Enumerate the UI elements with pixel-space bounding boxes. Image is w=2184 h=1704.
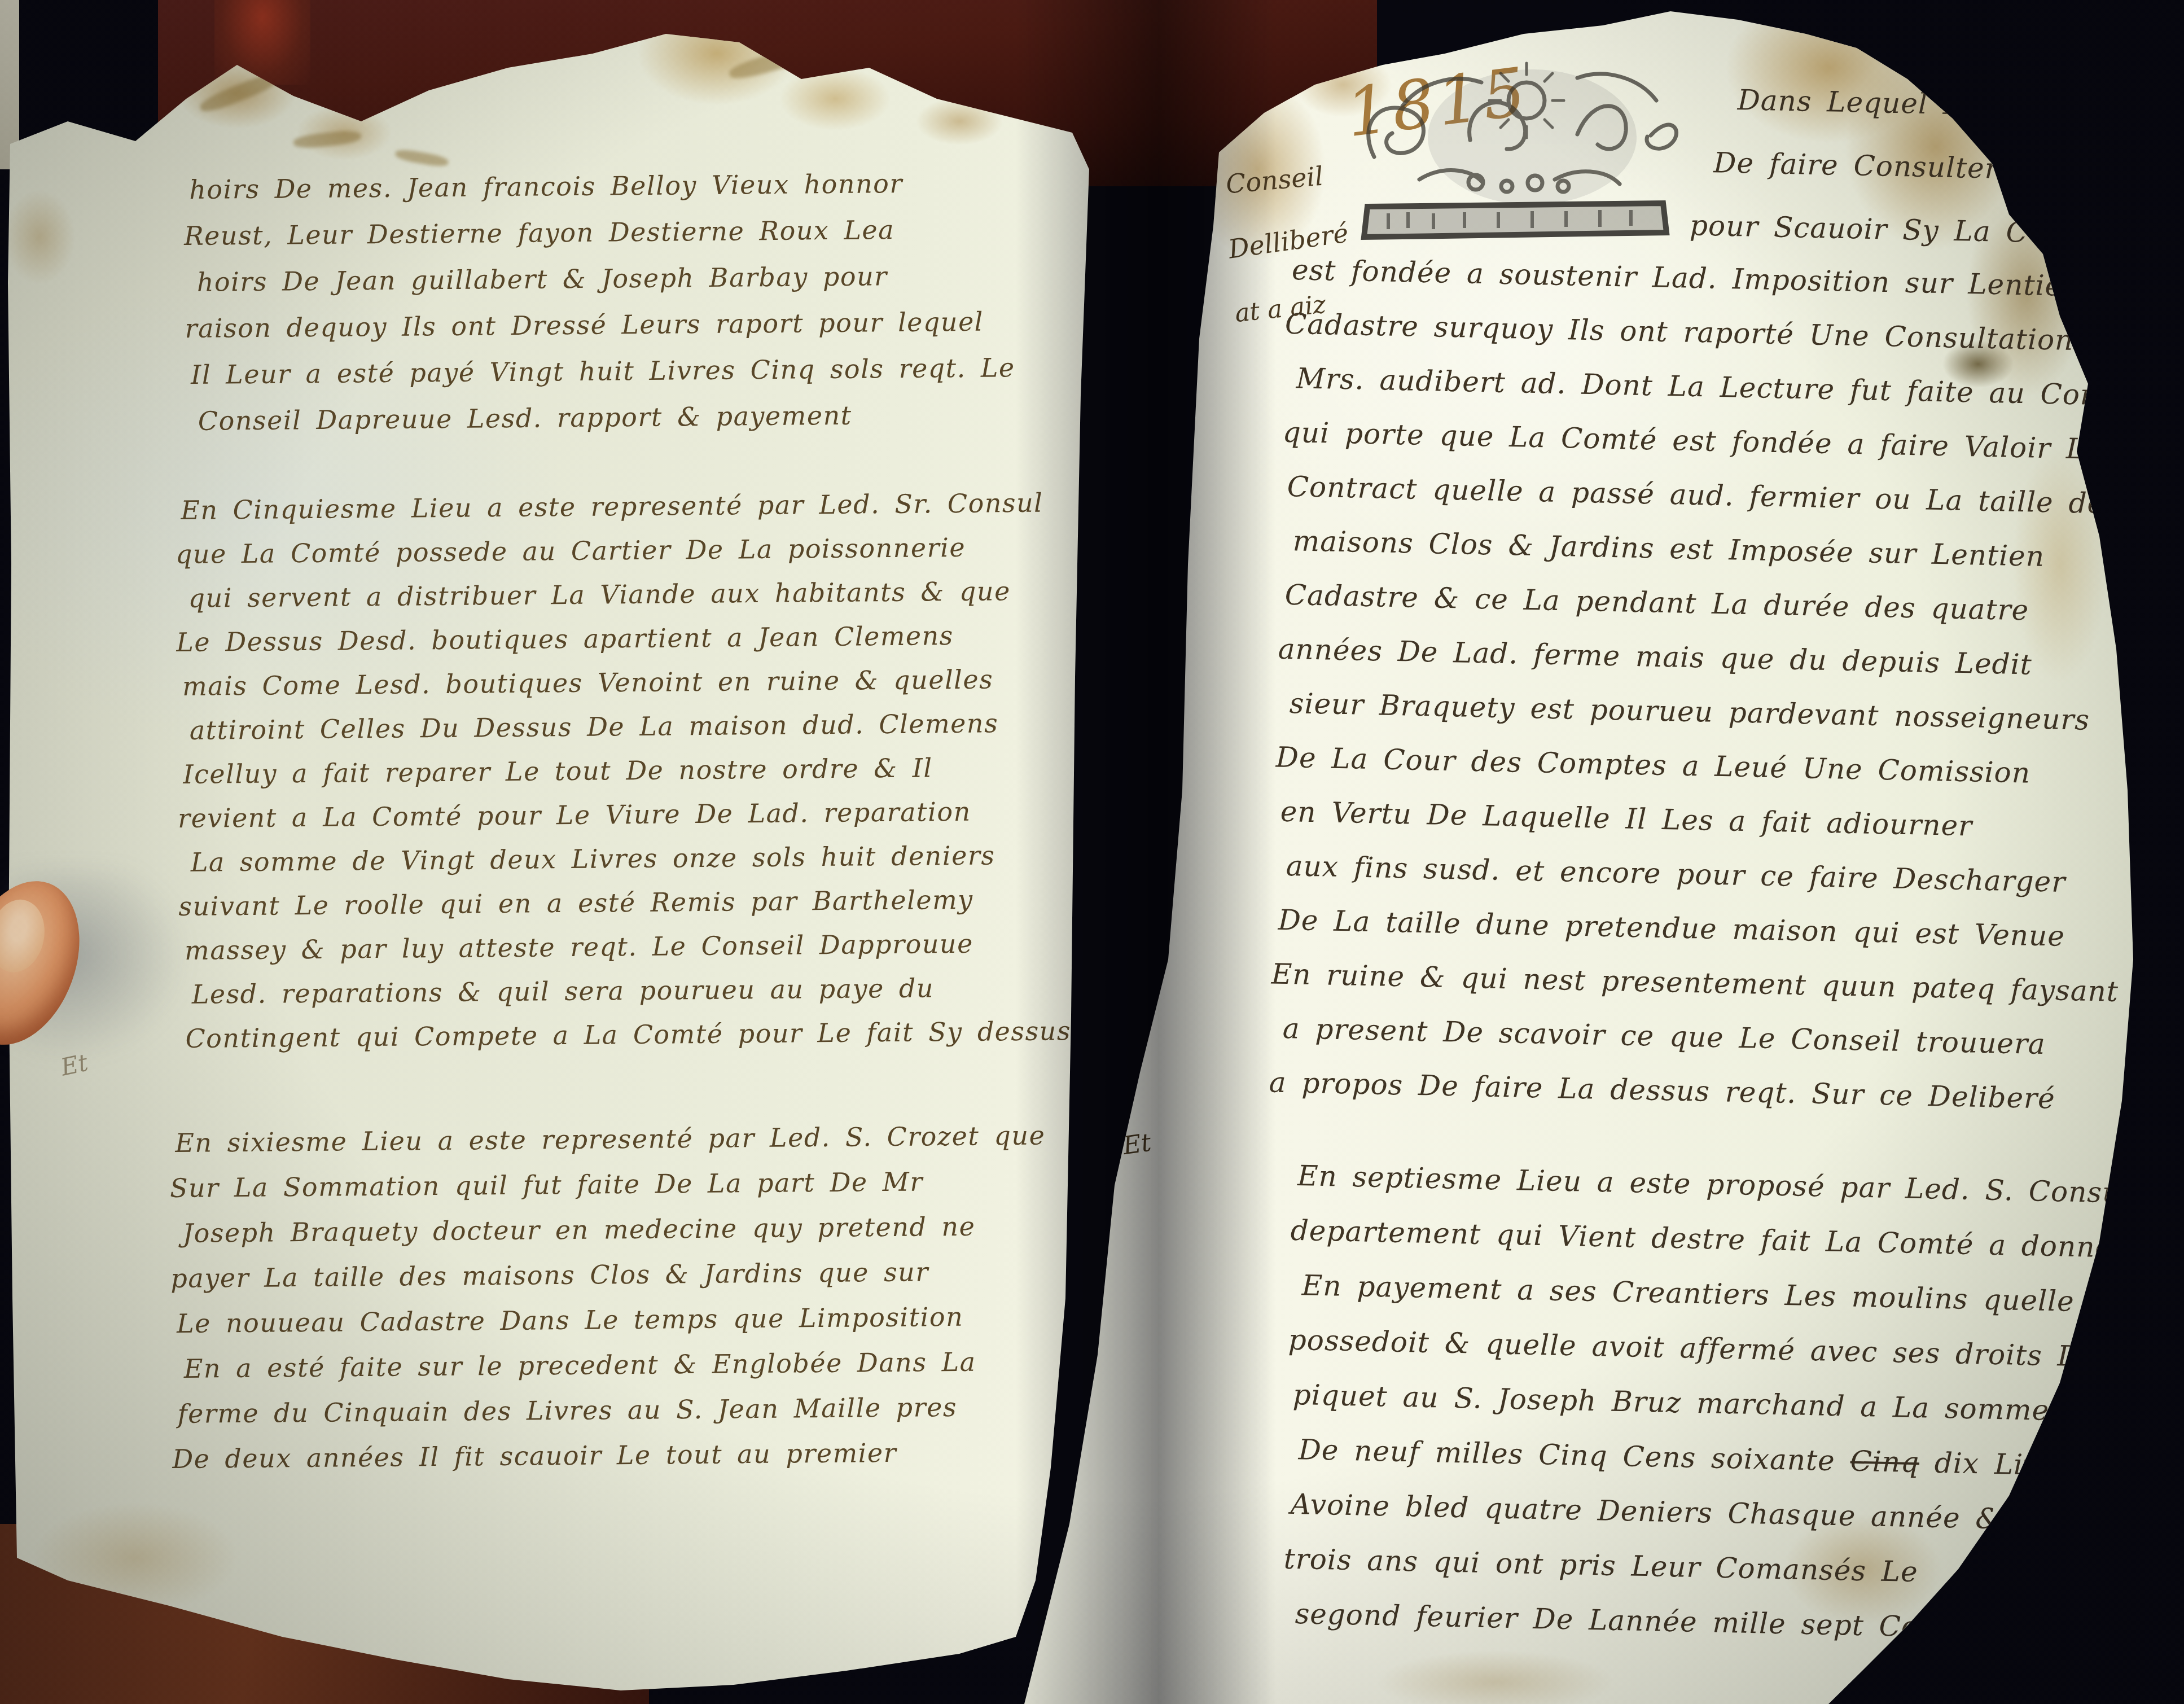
manuscript-line: La somme de Vingt deux Livres onze sols … bbox=[190, 833, 1076, 884]
manuscript-line: que La Comté possede au Cartier De La po… bbox=[176, 524, 1062, 576]
right-opening-lines: Dans Lequel Il fut De faire Consulter Sn… bbox=[1706, 68, 2077, 265]
line-segment: dix Livres bbox=[1919, 1446, 2086, 1482]
manuscript-line: qui servent a distribuer La Viande aux h… bbox=[188, 568, 1074, 620]
manuscript-line: hoirs De mes. Jean francois Belloy Vieux… bbox=[189, 159, 1014, 213]
manuscript-line: Reust, Leur Destierne fayon Destierne Ro… bbox=[184, 205, 1008, 259]
margin-note-et-right: Et bbox=[1121, 1128, 1153, 1160]
manuscript-line: En Cinquiesme Lieu a este representé par… bbox=[181, 480, 1067, 532]
manuscript-line: Lesd. reparations & quil sera pourueu au… bbox=[191, 965, 1077, 1017]
struck-word: Cinq bbox=[1850, 1445, 1920, 1479]
manuscript-line: ferme du Cinquain des Livres au S. Jean … bbox=[177, 1384, 1048, 1436]
manuscript-line: segond feurier De Lannée mille sept Cens… bbox=[1295, 1587, 2184, 1661]
manuscript-line: attiroint Celles Du Dessus De La maison … bbox=[189, 700, 1075, 752]
line-segment: De neuf milles Cinq Cens soixante bbox=[1298, 1433, 1850, 1477]
manuscript-line: revient a La Comté pour Le Viure De Lad.… bbox=[178, 789, 1064, 840]
manuscript-line: En sixiesme Lieu a este representé par L… bbox=[175, 1113, 1046, 1166]
margin-note-conseil: Conseil bbox=[1225, 161, 1325, 200]
fingernail bbox=[0, 895, 51, 978]
right-paragraph-1: est fondée a soustenir Lad. Imposition s… bbox=[1274, 243, 2152, 1128]
left-paragraph-2: En Cinquiesme Lieu a este representé par… bbox=[181, 480, 1071, 1061]
manuscript-line: Dans Lequel Il fut bbox=[1737, 68, 2106, 139]
manuscript-photo: hoirs De mes. Jean francois Belloy Vieux… bbox=[0, 0, 2184, 1704]
manuscript-line: Le nouueau Cadastre Dans Le temps que Li… bbox=[177, 1294, 1047, 1346]
manuscript-line: hoirs De Jean guillabert & Joseph Barbay… bbox=[196, 252, 1021, 305]
manuscript-line: raison dequoy Ils ont Dressé Leurs rapor… bbox=[185, 298, 1009, 352]
manuscript-line: Le Dessus Desd. boutiques apartient a Je… bbox=[176, 612, 1062, 664]
manuscript-line: suivant Le roolle qui en a esté Remis pa… bbox=[178, 877, 1064, 928]
ornamental-stamp-icon bbox=[1335, 38, 1707, 259]
manuscript-line: Il Leur a esté payé Vingt huit Livres Ci… bbox=[191, 344, 1015, 398]
manuscript-line: Contingent qui Compete a La Comté pour L… bbox=[185, 1009, 1071, 1061]
manuscript-line: Sur La Sommation quil fut faite De La pa… bbox=[170, 1158, 1041, 1211]
manuscript-line: Joseph Braquety docteur en medecine quy … bbox=[182, 1203, 1053, 1255]
manuscript-line: De deux années Il fit scauoir Le tout au… bbox=[172, 1429, 1043, 1482]
manuscript-line: massey & par luy atteste reqt. Le Consei… bbox=[185, 921, 1071, 973]
manuscript-line: Icelluy a fait reparer Le tout De nostre… bbox=[183, 744, 1069, 796]
right-paragraph-2: En septiesme Lieu a este proposé par Led… bbox=[1288, 1149, 2184, 1661]
ink-ghost-mark bbox=[293, 129, 362, 150]
manuscript-line: De faire Consulter Snd. bbox=[1713, 131, 2081, 202]
manuscript-line: mais Come Lesd. boutiques Venoint en rui… bbox=[182, 656, 1068, 708]
left-paragraph-3: En sixiesme Lieu a este representé par L… bbox=[175, 1113, 1049, 1482]
manuscript-line: Conseil Dapreuue Lesd. rapport & payemen… bbox=[198, 391, 1023, 444]
left-paragraph-1: hoirs De mes. Jean francois Belloy Vieux… bbox=[189, 159, 1016, 444]
manuscript-line: En a esté faite sur le precedent & Englo… bbox=[183, 1338, 1054, 1391]
manuscript-line: payer La taille des maisons Clos & Jardi… bbox=[170, 1249, 1041, 1301]
